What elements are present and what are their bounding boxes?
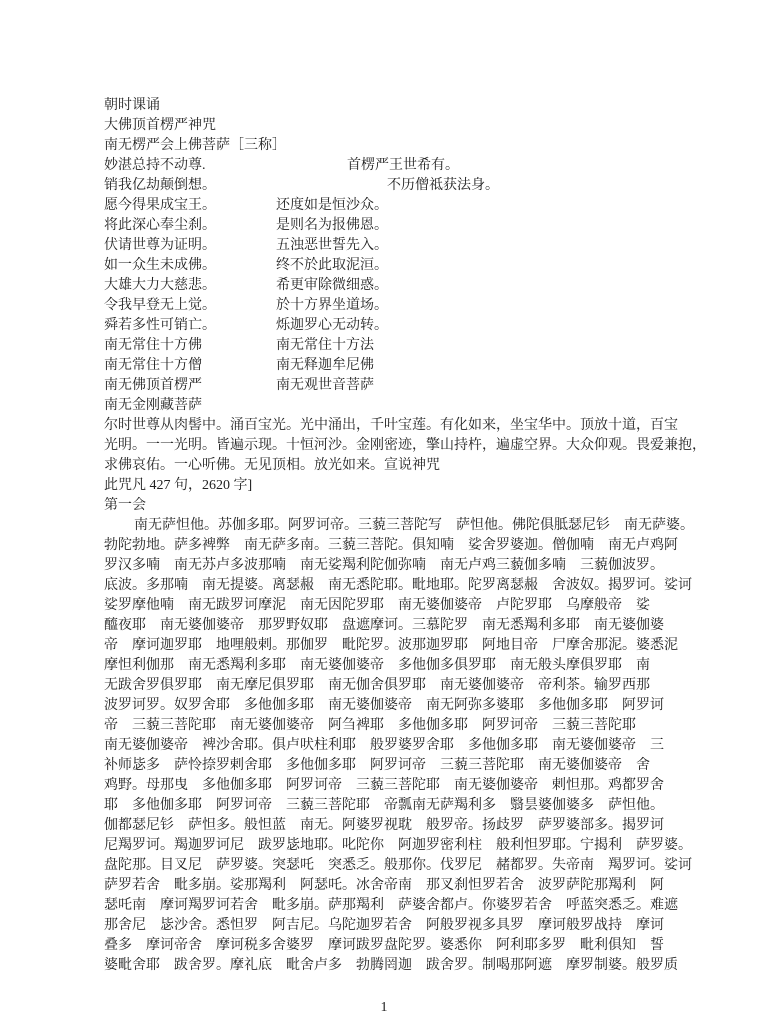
text-line: 南无楞严会上佛菩萨［三称］ (104, 136, 670, 156)
verse-right: 五浊恶世誓先入。 (276, 236, 388, 256)
verse-right: 於十方界坐道场。 (276, 296, 388, 316)
text-line: 帝 摩诃迦罗耶 地哩般剌。那伽罗 毗陀罗。波那迦罗耶 阿地目帝 尸摩舍那泥。婆悉… (104, 636, 670, 656)
text-line: 娑罗摩他喃 南无跋罗诃摩泥 南无因陀罗耶 南无婆伽婆帝 卢陀罗耶 乌摩般帝 娑 (104, 596, 670, 616)
text-line: 瑟吒南 摩诃羯罗诃若舍 毗多崩。萨那羯利 萨婆舍都卢。你婆罗若舍 呼蓝突悉乏。难… (104, 896, 670, 916)
verse-right: 是则名为报佛恩。 (276, 216, 388, 236)
title-block: 朝时课诵大佛顶首楞严神咒南无楞严会上佛菩萨［三称］ (104, 96, 670, 156)
text-line: 耶 多他伽多耶 阿罗诃帝 三藐三菩陀耶 帝瓢南无萨羯利多 翳昙婆伽婆多 萨怛他。 (104, 796, 670, 816)
text-line: 婆毗舍耶 跋舍罗。摩礼底 毗舍卢多 勃腾罔迦 跋舍罗。制喝那阿遮 摩罗制婆。般罗… (104, 956, 670, 976)
verse-row: 南无常住十方僧南无释迦牟尼佛 (104, 356, 670, 376)
verse-row: 南无金刚藏菩萨 (104, 396, 670, 416)
verse-right: 首楞严王世希有。 (347, 156, 459, 176)
text-line: 求佛哀佑。一心听佛。无见顶相。放光如来。宣说神咒 (104, 456, 670, 476)
verse-row: 大雄大力大慈悲。希更审除微细惑。 (104, 276, 670, 296)
verse-row: 销我亿劫颠倒想。不历僧祗获法身。 (104, 176, 670, 196)
document-page: 朝时课诵大佛顶首楞严神咒南无楞严会上佛菩萨［三称］ 妙湛总持不动尊.首楞严王世希… (0, 0, 768, 1024)
text-line: 光明。一一光明。皆遍示现。十恒河沙。金刚密迹，擎山持杵，遍虚空界。大众仰观。畏爱… (104, 436, 670, 456)
text-line: 尔时世尊从肉髻中。涌百宝光。光中涌出，千叶宝莲。有化如来，坐宝华中。顶放十道，百… (104, 416, 670, 436)
text-line: 南无婆伽婆帝 裨沙舍耶。俱卢吠柱利耶 般罗婆罗舍耶 多他伽多耶 南无婆伽婆帝 三 (104, 736, 670, 756)
verse-right: 终不於此取泥洹。 (276, 256, 388, 276)
mantra-block: 南无萨怛他。苏伽多耶。阿罗诃帝。三藐三菩陀写 萨怛他。佛陀俱胝瑟尼钐 南无萨婆。… (104, 516, 670, 976)
text-line: 伽都瑟尼钐 萨怛多。般怛蓝 南无。阿婆罗视耽 般罗帝。扬歧罗 萨罗婆部多。揭罗诃 (104, 816, 670, 836)
verse-left: 妙湛总持不动尊. (104, 156, 206, 176)
verse-row: 令我早登无上觉。於十方界坐道场。 (104, 296, 670, 316)
page-number: 1 (0, 1000, 768, 1016)
text-line: 大佛顶首楞严神咒 (104, 116, 670, 136)
text-line: 勃陀勃地。萨多裨弊 南无萨多南。三藐三菩陀。俱知喃 娑舍罗婆迦。僧伽喃 南无卢鸡… (104, 536, 670, 556)
text-line: 南无萨怛他。苏伽多耶。阿罗诃帝。三藐三菩陀写 萨怛他。佛陀俱胝瑟尼钐 南无萨婆。 (104, 516, 670, 536)
text-line: 罗汉多喃 南无苏卢多波那喃 南无娑羯利陀伽弥喃 南无卢鸡三藐伽多喃 三藐伽波罗。 (104, 556, 670, 576)
prose-block: 尔时世尊从肉髻中。涌百宝光。光中涌出，千叶宝莲。有化如来，坐宝华中。顶放十道，百… (104, 416, 670, 476)
verse-row: 愿今得果成宝王。还度如是恒沙众。 (104, 196, 670, 216)
section-heading: 第一会 (104, 496, 670, 516)
verse-left: 南无金刚藏菩萨 (104, 396, 202, 416)
document-content: 朝时课诵大佛顶首楞严神咒南无楞严会上佛菩萨［三称］ 妙湛总持不动尊.首楞严王世希… (104, 96, 670, 976)
verse-left: 南无常住十方僧 (104, 356, 202, 376)
verse-row: 妙湛总持不动尊.首楞严王世希有。 (104, 156, 670, 176)
text-line: 无跋舍罗俱罗耶 南无摩尼俱罗耶 南无伽舍俱罗耶 南无婆伽婆帝 帝利茶。输罗西那 (104, 676, 670, 696)
verse-left: 销我亿劫颠倒想。 (104, 176, 216, 196)
verse-left: 令我早登无上觉。 (104, 296, 216, 316)
verse-row: 南无常住十方佛南无常住十方法 (104, 336, 670, 356)
text-line: 萨罗若舍 毗多崩。娑那羯利 阿瑟吒。冰舍帝南 那叉刹怛罗若舍 波罗萨陀那羯利 阿 (104, 876, 670, 896)
text-line: 朝时课诵 (104, 96, 670, 116)
verse-row: 伏请世尊为证明。五浊恶世誓先入。 (104, 236, 670, 256)
verse-right: 烁迦罗心无动转。 (276, 316, 388, 336)
verse-row: 舜若多性可销亡。烁迦罗心无动转。 (104, 316, 670, 336)
verse-right: 南无常住十方法 (276, 336, 374, 356)
text-line: 叠多 摩诃帝舍 摩诃税多舍婆罗 摩诃跋罗盘陀罗。婆悉你 阿利耶多罗 毗利俱知 誓 (104, 936, 670, 956)
verse-left: 愿今得果成宝王。 (104, 196, 216, 216)
verse-left: 南无常住十方佛 (104, 336, 202, 356)
text-line: 那舍尼 毖沙舍。悉怛罗 阿吉尼。乌陀迦罗若舍 阿般罗视多具罗 摩诃般罗战持 摩诃 (104, 916, 670, 936)
verse-row: 如一众生未成佛。终不於此取泥洹。 (104, 256, 670, 276)
text-line: 鸡野。母那曳 多他伽多耶 阿罗诃帝 三藐三菩陀耶 南无婆伽婆帝 剌怛那。鸡都罗舍 (104, 776, 670, 796)
verse-row: 将此深心奉尘刹。是则名为报佛恩。 (104, 216, 670, 236)
verse-left: 南无佛顶首楞严 (104, 376, 202, 396)
verse-block: 妙湛总持不动尊.首楞严王世希有。销我亿劫颠倒想。不历僧祗获法身。愿今得果成宝王。… (104, 156, 670, 416)
text-line: 醯夜耶 南无婆伽婆帝 那罗野奴耶 盘遮摩诃。三慕陀罗 南无悉羯利多耶 南无婆伽婆 (104, 616, 670, 636)
text-line: 摩怛利伽那 南无悉羯利多耶 南无婆伽婆帝 多他伽多俱罗耶 南无般头摩俱罗耶 南 (104, 656, 670, 676)
verse-left: 将此深心奉尘刹。 (104, 216, 216, 236)
verse-right: 南无释迦牟尼佛 (276, 356, 374, 376)
verse-right: 希更审除微细惑。 (276, 276, 388, 296)
text-line: 补师毖多 萨怜捺罗剌舍耶 多他伽多耶 阿罗诃帝 三藐三菩陀耶 南无婆伽婆帝 舍 (104, 756, 670, 776)
verse-right: 还度如是恒沙众。 (276, 196, 388, 216)
mantra-count-note: 此咒凡 427 句，2620 字] (104, 476, 670, 496)
verse-left: 如一众生未成佛。 (104, 256, 216, 276)
text-line: 波罗诃罗。奴罗舍耶 多他伽多耶 南无婆伽婆帝 南无阿弥多婆耶 多他伽多耶 阿罗诃 (104, 696, 670, 716)
verse-left: 伏请世尊为证明。 (104, 236, 216, 256)
verse-row: 南无佛顶首楞严南无观世音菩萨 (104, 376, 670, 396)
text-line: 底波。多那喃 南无提婆。离瑟赧 南无悉陀耶。毗地耶。陀罗离瑟赧 舍波奴。揭罗诃。… (104, 576, 670, 596)
verse-left: 舜若多性可销亡。 (104, 316, 216, 336)
text-line: 盘陀那。目叉尼 萨罗婆。突瑟吒 突悉乏。般那你。伐罗尼 赭都罗。失帝南 羯罗诃。… (104, 856, 670, 876)
verse-right: 南无观世音菩萨 (276, 376, 374, 396)
verse-left: 大雄大力大慈悲。 (104, 276, 216, 296)
verse-right: 不历僧祗获法身。 (387, 176, 499, 196)
text-line: 帝 三藐三菩陀耶 南无婆伽婆帝 阿刍裨耶 多他伽多耶 阿罗诃帝 三藐三菩陀耶 (104, 716, 670, 736)
text-line: 尼羯罗诃。羯迦罗诃尼 跋罗毖地耶。叱陀你 阿迦罗密利柱 般利怛罗耶。宁揭利 萨罗… (104, 836, 670, 856)
